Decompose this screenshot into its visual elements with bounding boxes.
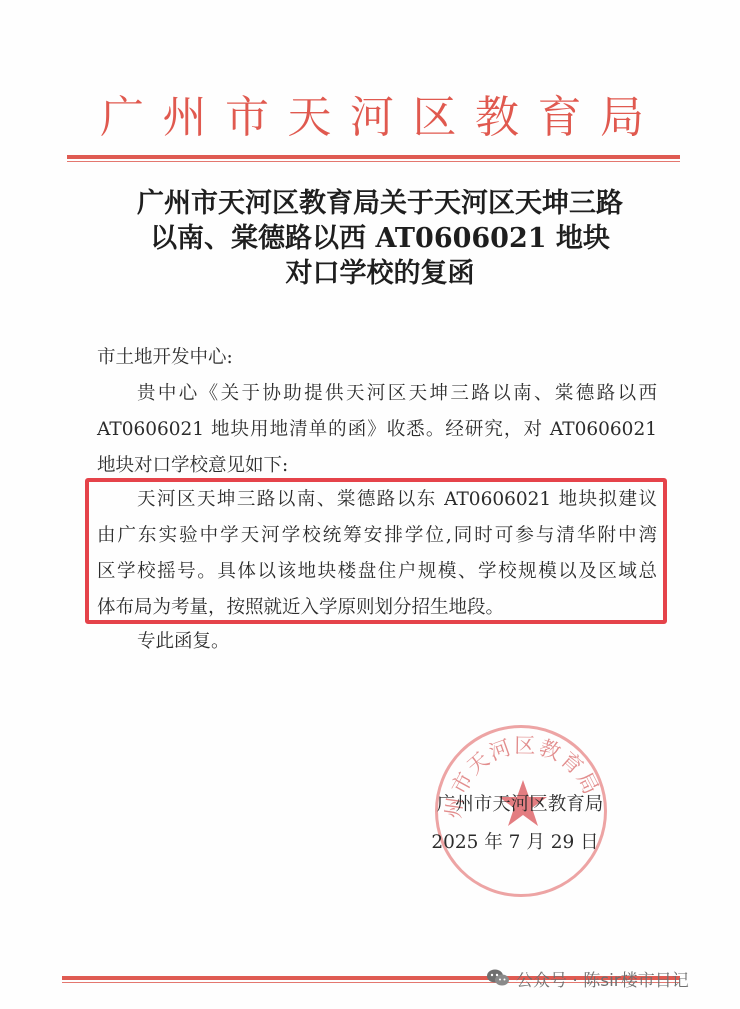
title-line: 对口学校的复函	[100, 256, 660, 291]
closing-line: 专此函复。	[97, 624, 657, 660]
recipient-line: 市土地开发中心:	[97, 340, 657, 376]
title-line: 广州市天河区教育局关于天河区天坤三路	[100, 186, 660, 221]
letterhead-org-name: 广 州 市 天 河 区 教 育 局	[60, 90, 680, 146]
letterhead-char: 天	[288, 96, 332, 140]
letterhead-char: 河	[350, 96, 394, 140]
signature-date: 2025 年 7 月 29 日	[425, 831, 605, 855]
paragraph-line: 由广东实验中学天河学校统筹安排学位,同时可参与清华附中湾	[97, 518, 657, 554]
paragraph-line: 贵中心《关于协助提供天河区天坤三路以南、棠德路以西	[97, 376, 657, 412]
paragraph-line: AT0606021 地块用地清单的函》收悉。经研究，对 AT0606021	[97, 412, 657, 448]
letterhead-char: 局	[600, 96, 644, 140]
paragraph-2-highlighted: 天河区天坤三路以南、棠德路以东 AT0606021 地块拟建议 由广东实验中学天…	[97, 482, 657, 626]
letterhead-divider	[67, 155, 680, 162]
letterhead-char: 区	[413, 96, 457, 140]
letterhead-char: 市	[225, 96, 269, 140]
paragraph-1: 贵中心《关于协助提供天河区天坤三路以南、棠德路以西 AT0606021 地块用地…	[97, 376, 657, 484]
watermark-text: 公众号 · 陈sir楼市日记	[516, 966, 689, 991]
document-page: 广 州 市 天 河 区 教 育 局 广州市天河区教育局关于天河区天坤三路 以南、…	[0, 0, 740, 1009]
recipient: 市土地开发中心:	[97, 340, 657, 376]
title-line: 以南、棠德路以西 AT0606021 地块	[100, 221, 660, 256]
paragraph-line: 区学校摇号。具体以该地块楼盘住户规模、学校规模以及区域总	[97, 554, 657, 590]
letterhead-char: 育	[538, 96, 582, 140]
document-title: 广州市天河区教育局关于天河区天坤三路 以南、棠德路以西 AT0606021 地块…	[100, 186, 660, 291]
paragraph-line: 天河区天坤三路以南、棠德路以东 AT0606021 地块拟建议	[97, 482, 657, 518]
closing: 专此函复。	[97, 624, 657, 660]
letterhead-char: 州	[163, 96, 207, 140]
letterhead-char: 广	[100, 96, 144, 140]
paragraph-line: 体布局为考量，按照就近入学原则划分招生地段。	[97, 590, 657, 626]
signature-organization: 广州市天河区教育局	[405, 793, 635, 817]
wechat-watermark: 公众号 · 陈sir楼市日记	[486, 964, 689, 992]
wechat-icon	[486, 968, 510, 988]
letterhead-char: 教	[475, 96, 519, 140]
